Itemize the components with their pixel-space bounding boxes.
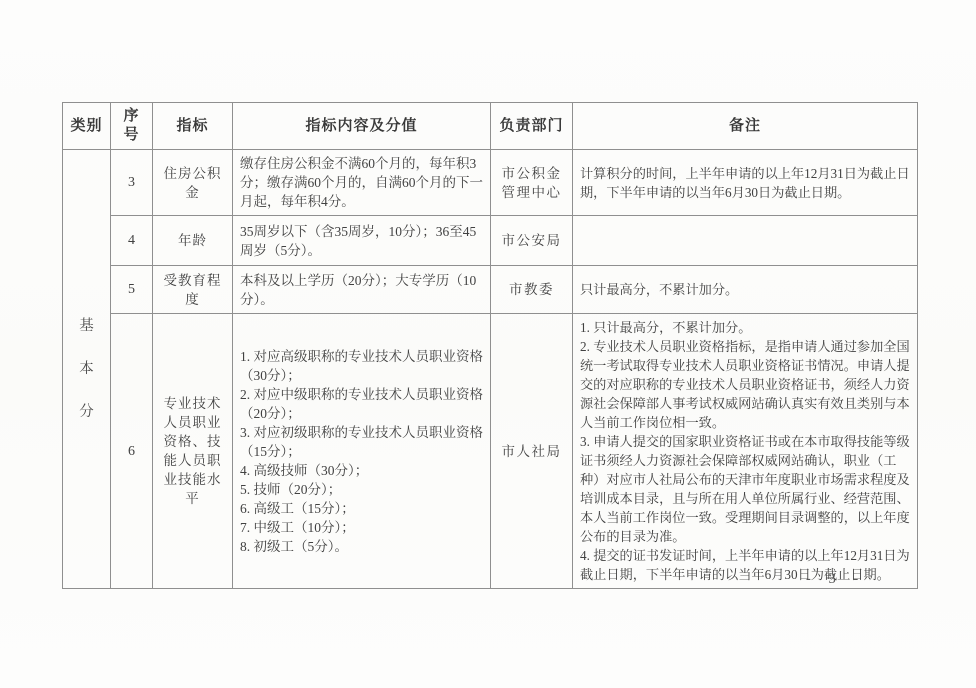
indicator-cell: 受教育程度 bbox=[153, 266, 233, 314]
column-header-content: 指标内容及分值 bbox=[233, 103, 491, 150]
header-row: 类别 序号 指标 指标内容及分值 负责部门 备注 bbox=[63, 103, 918, 150]
table-row: 6 专业技术人员职业资格、技能人员职业技能水平 1. 对应高级职称的专业技术人员… bbox=[63, 314, 918, 589]
column-header-remark: 备注 bbox=[573, 103, 918, 150]
remark-cell: 计算积分的时间，上半年申请的以上年12月31日为截止日期，下半年申请的以当年6月… bbox=[573, 150, 918, 216]
department-cell: 市人社局 bbox=[491, 314, 573, 589]
page-number: - 3 - bbox=[806, 571, 865, 588]
indicator-cell: 住房公积金 bbox=[153, 150, 233, 216]
row-number-cell: 4 bbox=[111, 216, 153, 266]
remark-cell: 只计最高分，不累计加分。 bbox=[573, 266, 918, 314]
document-page: 类别 序号 指标 指标内容及分值 负责部门 备注 基本分 3 住房公积金 缴存住… bbox=[0, 0, 976, 688]
content-cell: 缴存住房公积金不满60个月的，每年积3分；缴存满60个月的，自满60个月的下一月… bbox=[233, 150, 491, 216]
points-table: 类别 序号 指标 指标内容及分值 负责部门 备注 基本分 3 住房公积金 缴存住… bbox=[62, 102, 918, 589]
row-number-cell: 6 bbox=[111, 314, 153, 589]
column-header-number: 序号 bbox=[111, 103, 153, 150]
indicator-cell: 年龄 bbox=[153, 216, 233, 266]
table-row: 4 年龄 35周岁以下（含35周岁，10分）；36至45周岁（5分）。 市公安局 bbox=[63, 216, 918, 266]
content-cell: 35周岁以下（含35周岁，10分）；36至45周岁（5分）。 bbox=[233, 216, 491, 266]
table-row: 5 受教育程度 本科及以上学历（20分）；大专学历（10分）。 市教委 只计最高… bbox=[63, 266, 918, 314]
remark-cell: 1. 只计最高分，不累计加分。 2. 专业技术人员职业资格指标，是指申请人通过参… bbox=[573, 314, 918, 589]
department-cell: 市教委 bbox=[491, 266, 573, 314]
category-label: 基本分 bbox=[79, 305, 95, 434]
column-header-category: 类别 bbox=[63, 103, 111, 150]
column-header-department: 负责部门 bbox=[491, 103, 573, 150]
category-cell: 基本分 bbox=[63, 150, 111, 589]
department-cell: 市公积金管理中心 bbox=[491, 150, 573, 216]
content-cell: 本科及以上学历（20分）；大专学历（10分）。 bbox=[233, 266, 491, 314]
indicator-cell: 专业技术人员职业资格、技能人员职业技能水平 bbox=[153, 314, 233, 589]
table-row: 基本分 3 住房公积金 缴存住房公积金不满60个月的，每年积3分；缴存满60个月… bbox=[63, 150, 918, 216]
row-number-cell: 5 bbox=[111, 266, 153, 314]
content-cell: 1. 对应高级职称的专业技术人员职业资格（30分）； 2. 对应中级职称的专业技… bbox=[233, 314, 491, 589]
remark-cell bbox=[573, 216, 918, 266]
department-cell: 市公安局 bbox=[491, 216, 573, 266]
column-header-indicator: 指标 bbox=[153, 103, 233, 150]
row-number-cell: 3 bbox=[111, 150, 153, 216]
